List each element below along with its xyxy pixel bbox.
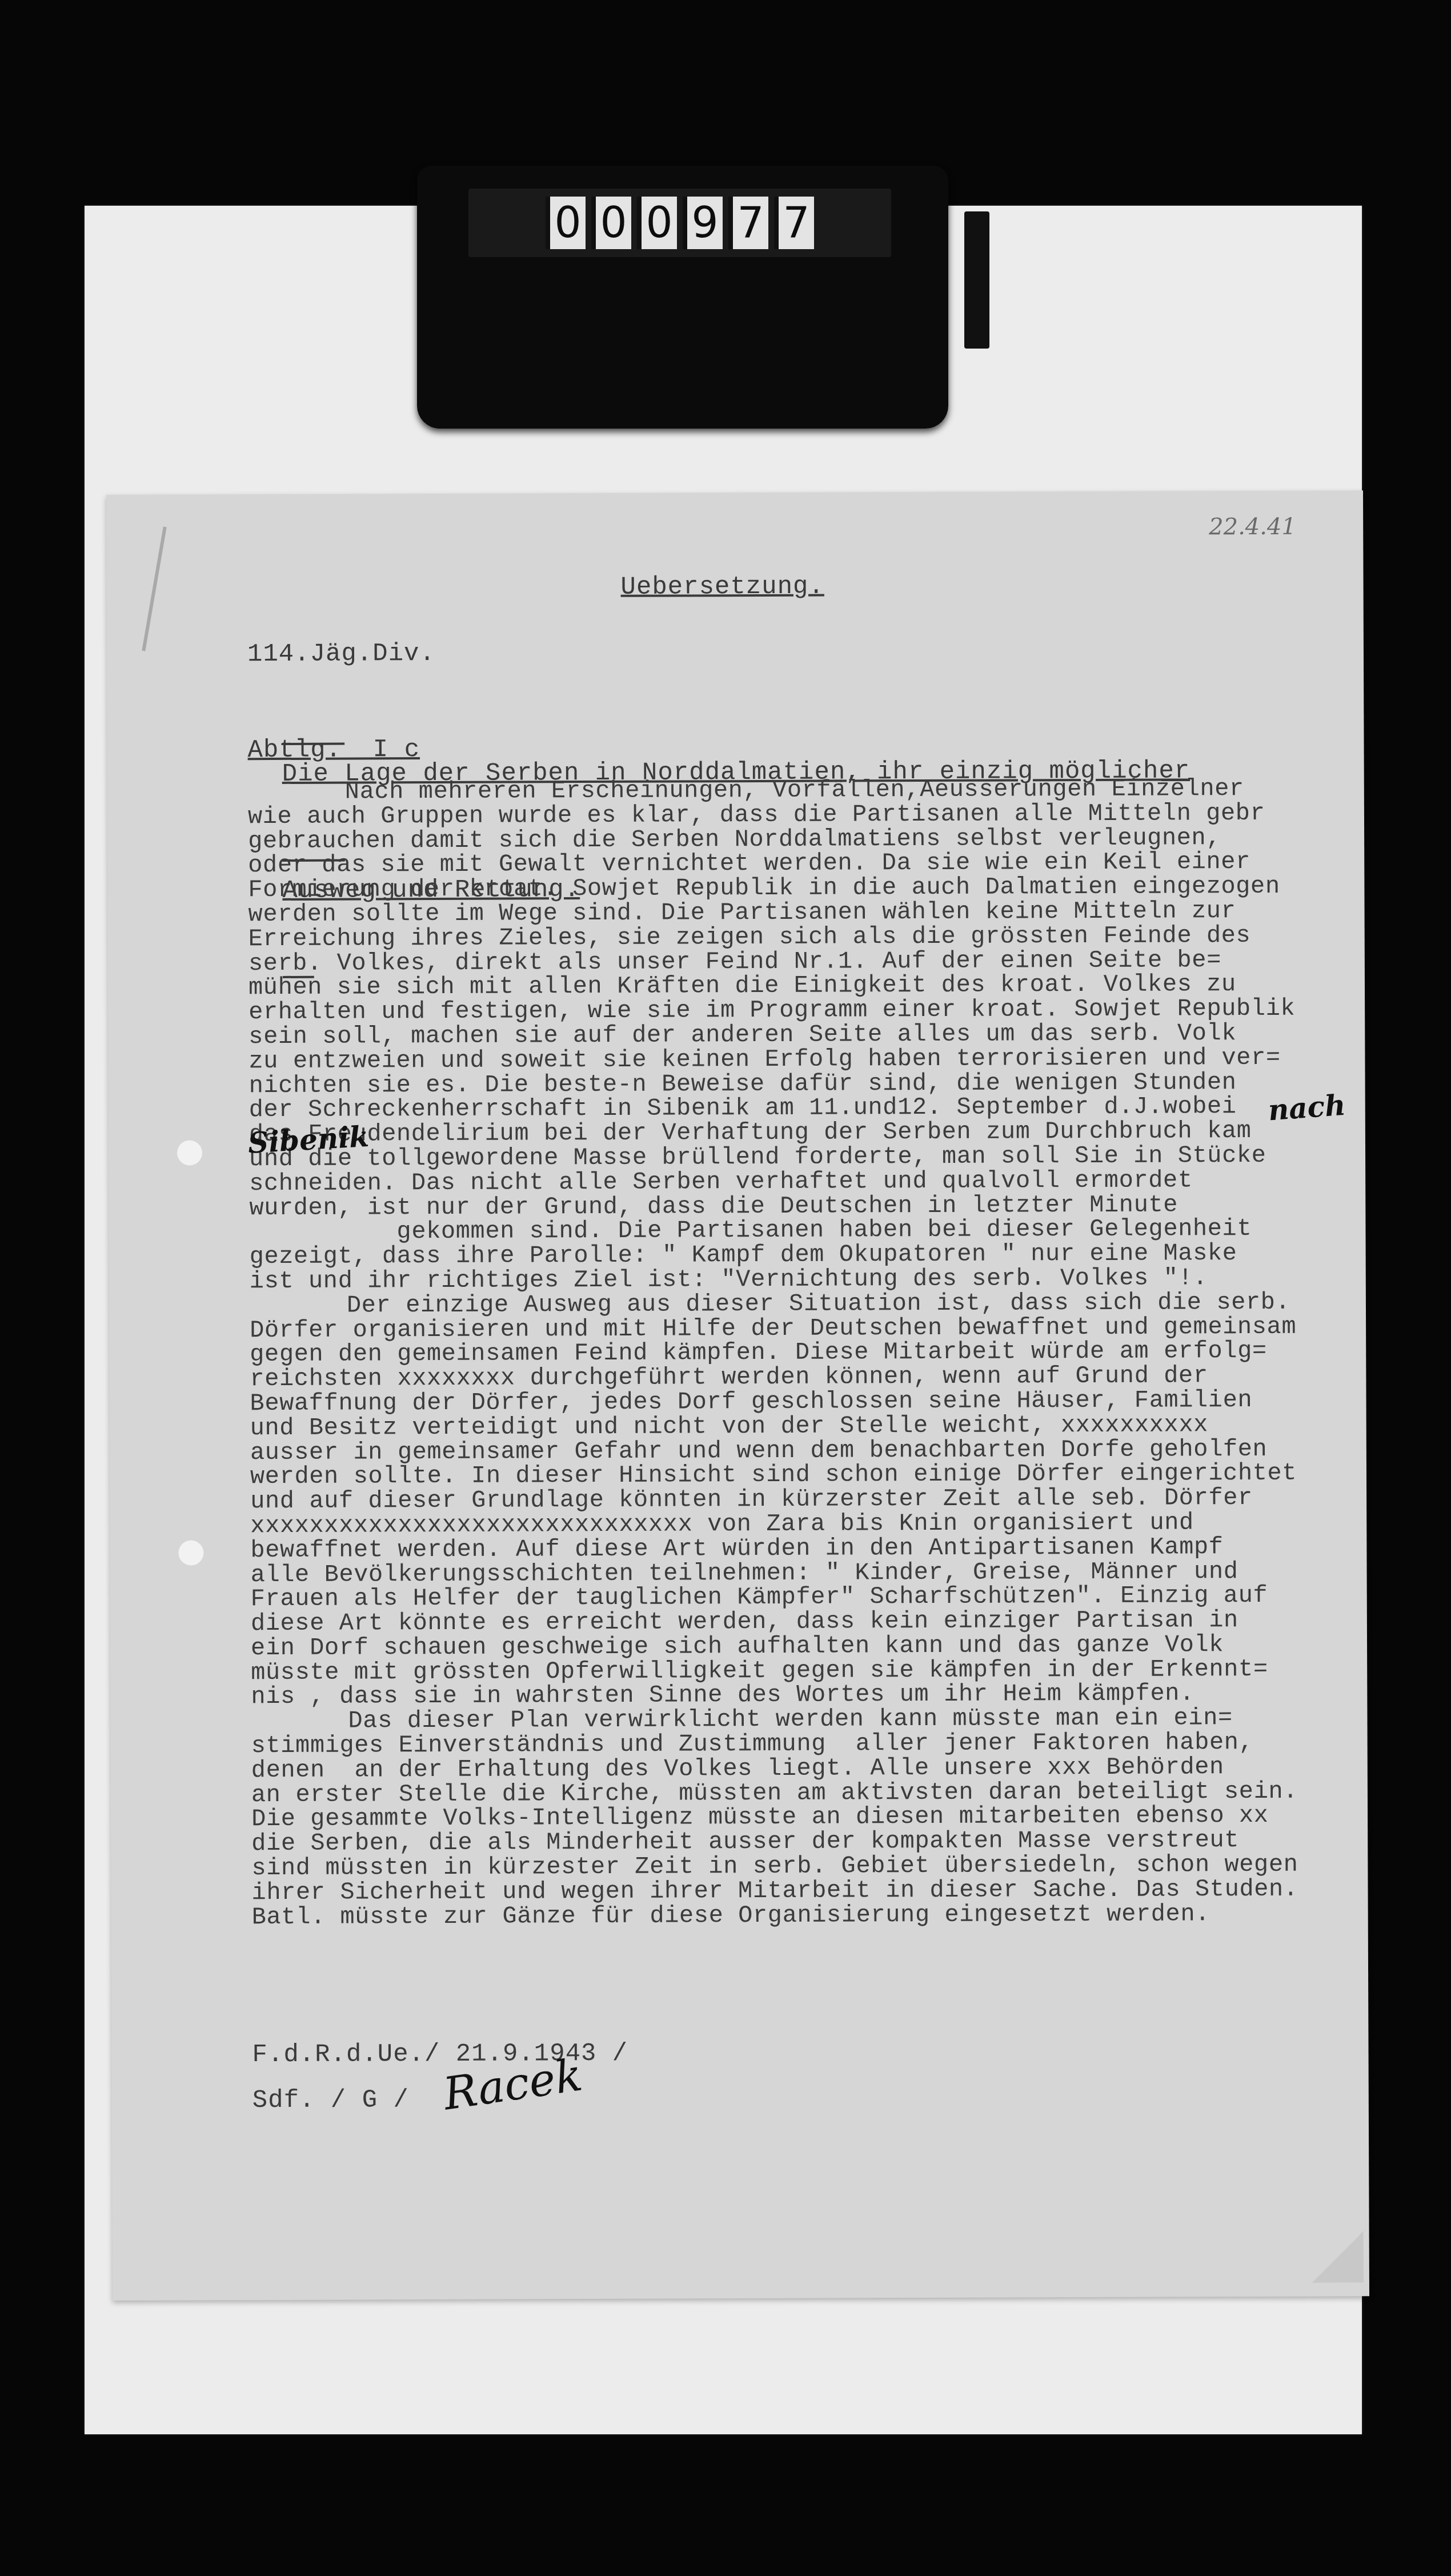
pencil-page-number: 22.4.41 bbox=[1209, 514, 1296, 541]
document-page: 22.4.41 114.Jäg.Div. Abtlg. I c Ueberset… bbox=[106, 490, 1369, 2301]
punch-hole bbox=[178, 1540, 203, 1565]
body-line: Batl. müsste zur Gänze für diese Organis… bbox=[252, 1901, 1366, 1930]
punch-hole bbox=[177, 1140, 202, 1165]
page-corner-fold bbox=[1312, 2231, 1364, 2282]
body-line: müsste mit grössten Opferwilligkeit gege… bbox=[251, 1657, 1365, 1685]
frame-counter-device: 0 0 0 9 7 7 bbox=[417, 166, 948, 429]
counter-lever bbox=[964, 211, 989, 349]
body-line: schneiden. Das nicht alle Serben verhaft… bbox=[249, 1167, 1363, 1196]
counter-digit: 0 bbox=[591, 197, 631, 249]
footer-signed-line: Sdf. / G / bbox=[252, 2086, 409, 2115]
document-heading: Uebersetzung. bbox=[620, 573, 824, 602]
body-line: und die tollgewordene Masse brüllend for… bbox=[249, 1143, 1363, 1171]
counter-digit: 0 bbox=[637, 197, 677, 249]
counter-digit: 7 bbox=[728, 197, 768, 249]
counter-digit: 0 bbox=[546, 197, 586, 249]
unit-designation: 114.Jäg.Div. bbox=[247, 638, 435, 670]
paperclip-mark bbox=[142, 527, 200, 657]
frame-counter-display: 0 0 0 9 7 7 bbox=[468, 189, 891, 257]
document-body: Nach mehreren Erscheinungen, Vorfällen,A… bbox=[248, 776, 1366, 1929]
handwritten-insert-sibenik: Sibenik bbox=[247, 1119, 370, 1160]
counter-digit: 9 bbox=[683, 197, 723, 249]
handwritten-insert-nach: nach bbox=[1267, 1088, 1347, 1127]
counter-digit: 7 bbox=[774, 197, 814, 249]
body-line: und auf dieser Grundlage könnten in kürz… bbox=[250, 1485, 1364, 1514]
